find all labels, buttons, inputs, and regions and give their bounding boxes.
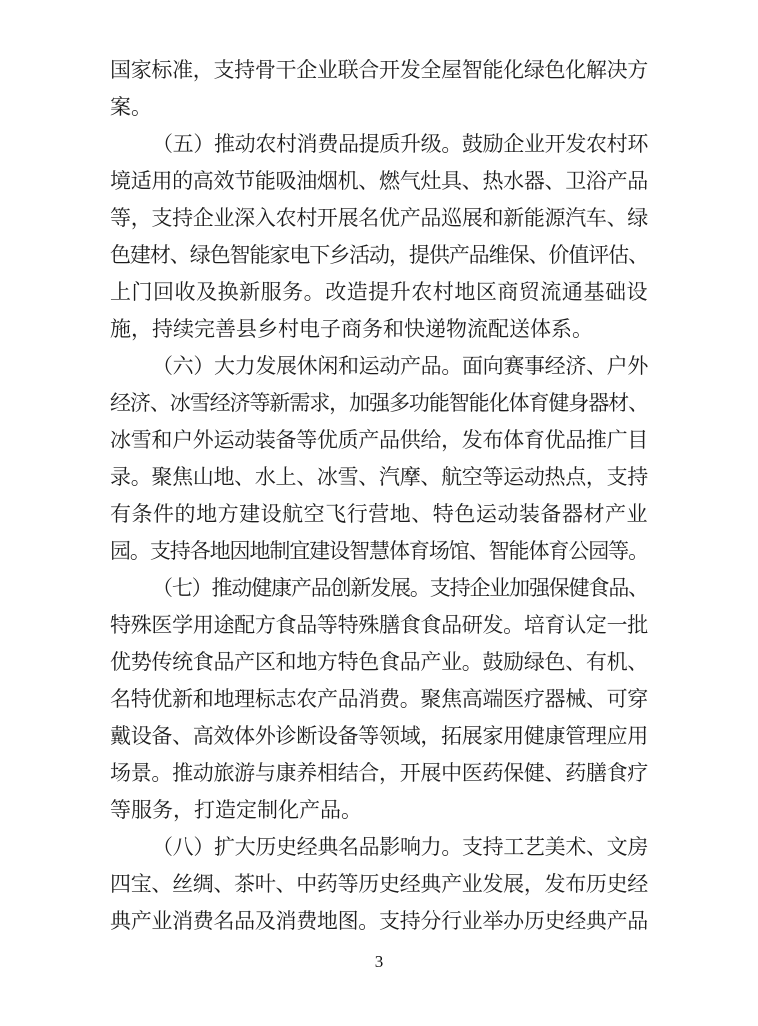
text-line: 四宝、丝绸、茶叶、中药等历史经典产业发展，发布历史经 (110, 866, 648, 903)
paragraph-5: （八）扩大历史经典名品影响力。支持工艺美术、文房四宝、丝绸、茶叶、中药等历史经典… (110, 829, 648, 940)
text-line: 上门回收及换新服务。改造提升农村地区商贸流通基础设 (110, 274, 648, 311)
text-line: 戴设备、高效体外诊断设备等领域，拓展家用健康管理应用 (110, 718, 648, 755)
text-line: 场景。推动旅游与康养相结合，开展中医药保健、药膳食疗 (110, 755, 648, 792)
text-line-content: （五）推动农村消费品提质升级。鼓励企业开发农村环 (152, 126, 648, 163)
text-line-content: 上门回收及换新服务。改造提升农村地区商贸流通基础设 (110, 274, 648, 311)
text-line: 施，持续完善县乡村电子商务和快递物流配送体系。 (110, 311, 648, 348)
text-line: 等，支持企业深入农村开展名优产品巡展和新能源汽车、绿 (110, 200, 648, 237)
page-footer: 3 (0, 950, 758, 974)
text-line: 特殊医学用途配方食品等特殊膳食食品研发。培育认定一批 (110, 607, 648, 644)
text-line: 等服务，打造定制化产品。 (110, 792, 648, 829)
text-line-content: （八）扩大历史经典名品影响力。支持工艺美术、文房 (152, 829, 648, 866)
text-line: 案。 (110, 89, 648, 126)
text-line-content: 优势传统食品产区和地方特色食品产业。鼓励绿色、有机、 (110, 644, 648, 681)
text-line-content: 境适用的高效节能吸油烟机、燃气灶具、热水器、卫浴产品 (110, 163, 648, 200)
text-line-content: 名特优新和地理标志农产品消费。聚焦高端医疗器械、可穿 (110, 681, 648, 718)
paragraph-4: （七）推动健康产品创新发展。支持企业加强保健食品、特殊医学用途配方食品等特殊膳食… (110, 570, 648, 829)
text-line-content: 园。支持各地因地制宜建设智慧体育场馆、智能体育公园等。 (110, 533, 648, 570)
text-line-content: 戴设备、高效体外诊断设备等领域，拓展家用健康管理应用 (110, 718, 648, 755)
text-line: 经济、冰雪经济等新需求，加强多功能智能化体育健身器材、 (110, 385, 648, 422)
text-line: （六）大力发展休闲和运动产品。面向赛事经济、户外 (110, 348, 648, 385)
text-line-content: 录。聚焦山地、水上、冰雪、汽摩、航空等运动热点，支持 (110, 459, 648, 496)
paragraph-2: （五）推动农村消费品提质升级。鼓励企业开发农村环境适用的高效节能吸油烟机、燃气灶… (110, 126, 648, 348)
text-line-content: 等，支持企业深入农村开展名优产品巡展和新能源汽车、绿 (110, 200, 648, 237)
text-line: 名特优新和地理标志农产品消费。聚焦高端医疗器械、可穿 (110, 681, 648, 718)
text-line-content: 有条件的地方建设航空飞行营地、特色运动装备器材产业 (110, 496, 648, 533)
document-body: 国家标准，支持骨干企业联合开发全屋智能化绿色化解决方案。（五）推动农村消费品提质… (110, 52, 648, 940)
text-line-content: 色建材、绿色智能家电下乡活动，提供产品维保、价值评估、 (110, 237, 648, 274)
paragraph-1: 国家标准，支持骨干企业联合开发全屋智能化绿色化解决方案。 (110, 52, 648, 126)
text-line-content: 案。 (110, 89, 152, 126)
text-line: 有条件的地方建设航空飞行营地、特色运动装备器材产业 (110, 496, 648, 533)
text-line-content: （六）大力发展休闲和运动产品。面向赛事经济、户外 (152, 348, 648, 385)
text-line-content: 国家标准，支持骨干企业联合开发全屋智能化绿色化解决方 (110, 52, 648, 89)
text-line-content: 典产业消费名品及消费地图。支持分行业举办历史经典产品 (110, 903, 648, 940)
text-line: （八）扩大历史经典名品影响力。支持工艺美术、文房 (110, 829, 648, 866)
text-line: 色建材、绿色智能家电下乡活动，提供产品维保、价值评估、 (110, 237, 648, 274)
text-line-content: 经济、冰雪经济等新需求，加强多功能智能化体育健身器材、 (110, 385, 648, 422)
text-line: （五）推动农村消费品提质升级。鼓励企业开发农村环 (110, 126, 648, 163)
paragraph-3: （六）大力发展休闲和运动产品。面向赛事经济、户外经济、冰雪经济等新需求，加强多功… (110, 348, 648, 570)
page-number: 3 (375, 952, 384, 971)
document-page: 国家标准，支持骨干企业联合开发全屋智能化绿色化解决方案。（五）推动农村消费品提质… (0, 0, 758, 1026)
text-line-content: （七）推动健康产品创新发展。支持企业加强保健食品、 (152, 570, 648, 607)
text-line-content: 等服务，打造定制化产品。 (110, 792, 362, 829)
text-line-content: 四宝、丝绸、茶叶、中药等历史经典产业发展，发布历史经 (110, 866, 648, 903)
text-line: 国家标准，支持骨干企业联合开发全屋智能化绿色化解决方 (110, 52, 648, 89)
text-line-content: 特殊医学用途配方食品等特殊膳食食品研发。培育认定一批 (110, 607, 648, 644)
text-line-content: 施，持续完善县乡村电子商务和快递物流配送体系。 (110, 311, 593, 348)
text-line: 典产业消费名品及消费地图。支持分行业举办历史经典产品 (110, 903, 648, 940)
text-line: 园。支持各地因地制宜建设智慧体育场馆、智能体育公园等。 (110, 533, 648, 570)
text-line: 境适用的高效节能吸油烟机、燃气灶具、热水器、卫浴产品 (110, 163, 648, 200)
text-line: 冰雪和户外运动装备等优质产品供给，发布体育优品推广目 (110, 422, 648, 459)
text-line: 优势传统食品产区和地方特色食品产业。鼓励绿色、有机、 (110, 644, 648, 681)
text-line: 录。聚焦山地、水上、冰雪、汽摩、航空等运动热点，支持 (110, 459, 648, 496)
text-line-content: 冰雪和户外运动装备等优质产品供给，发布体育优品推广目 (110, 422, 648, 459)
text-line: （七）推动健康产品创新发展。支持企业加强保健食品、 (110, 570, 648, 607)
text-line-content: 场景。推动旅游与康养相结合，开展中医药保健、药膳食疗 (110, 755, 648, 792)
